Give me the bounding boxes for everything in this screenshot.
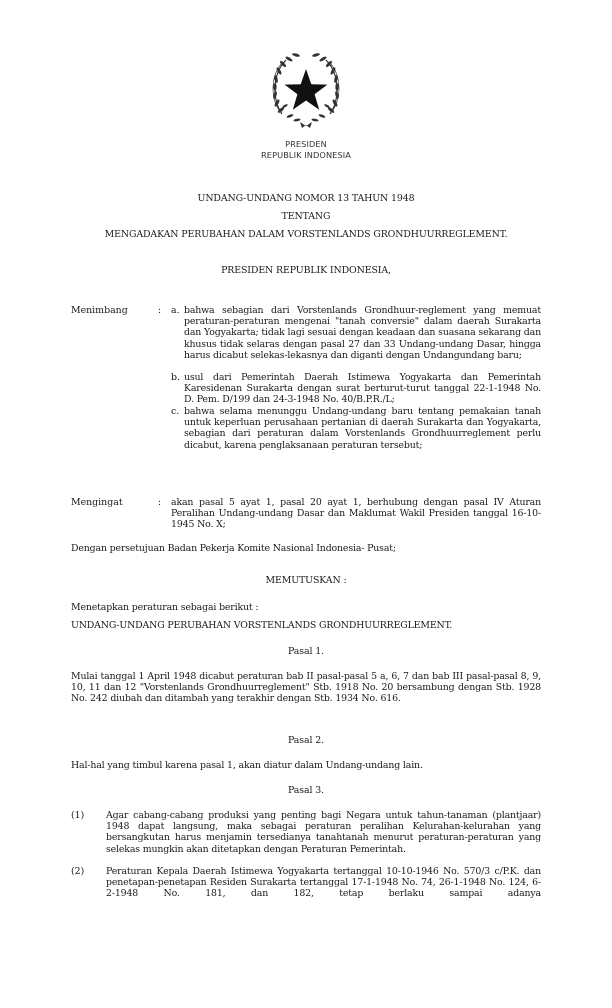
mengingat-text: akan pasal 5 ayat 1, pasal 20 ayat 1, be…	[171, 497, 541, 531]
menimbang-label: Menimbang	[71, 305, 128, 316]
presidential-seal-icon	[268, 48, 344, 134]
menetapkan-title: UNDANG-UNDANG PERUBAHAN VORSTENLANDS GRO…	[71, 620, 541, 631]
issuer-line: PRESIDEN REPUBLIK INDONESIA,	[0, 265, 612, 276]
menetapkan-line: Menetapkan peraturan sebagai berikut :	[71, 602, 541, 613]
persetujuan-text: Dengan persetujuan Badan Pekerja Komite …	[71, 543, 541, 554]
title-tentang: TENTANG	[0, 211, 612, 222]
menimbang-item-c-marker: c.	[171, 406, 179, 417]
menimbang-item-a-marker: a.	[171, 305, 180, 316]
pasal-1-text: Mulai tanggal 1 April 1948 dicabut perat…	[71, 671, 541, 705]
pasal-3-item-1-marker: (1)	[71, 810, 84, 821]
document-page: PRESIDEN REPUBLIK INDONESIA UNDANG-UNDAN…	[0, 0, 612, 1008]
mengingat-colon: :	[158, 497, 161, 508]
menimbang-item-c: bahwa selama menunggu Undang-undang baru…	[184, 406, 541, 451]
mengingat-label: Mengingat	[71, 497, 123, 508]
menimbang-item-b: usul dari Pemerintah Daerah Istimewa Yog…	[184, 372, 541, 406]
header-line-presiden: PRESIDEN	[0, 139, 612, 149]
memutuskan-heading: MEMUTUSKAN :	[0, 575, 612, 586]
pasal-3-item-1: Agar cabang-cabang produksi yang penting…	[106, 810, 541, 855]
pasal-2-text: Hal-hal yang timbul karena pasal 1, akan…	[71, 760, 541, 771]
menimbang-item-b-marker: b.	[171, 372, 180, 383]
menimbang-colon: :	[158, 305, 161, 316]
title-subject: MENGADAKAN PERUBAHAN DALAM VORSTENLANDS …	[0, 229, 612, 240]
pasal-1-heading: Pasal 1.	[0, 646, 612, 657]
pasal-2-heading: Pasal 2.	[0, 735, 612, 746]
pasal-3-item-2: Peraturan Kepala Daerah Istimewa Yogyaka…	[106, 866, 541, 900]
header-line-republik-indonesia: REPUBLIK INDONESIA	[0, 150, 612, 160]
title-law-number: UNDANG-UNDANG NOMOR 13 TAHUN 1948	[0, 193, 612, 204]
pasal-3-item-2-marker: (2)	[71, 866, 84, 877]
pasal-3-heading: Pasal 3.	[0, 785, 612, 796]
menimbang-item-a: bahwa sebagian dari Vorstenlands Grondhu…	[184, 305, 541, 361]
